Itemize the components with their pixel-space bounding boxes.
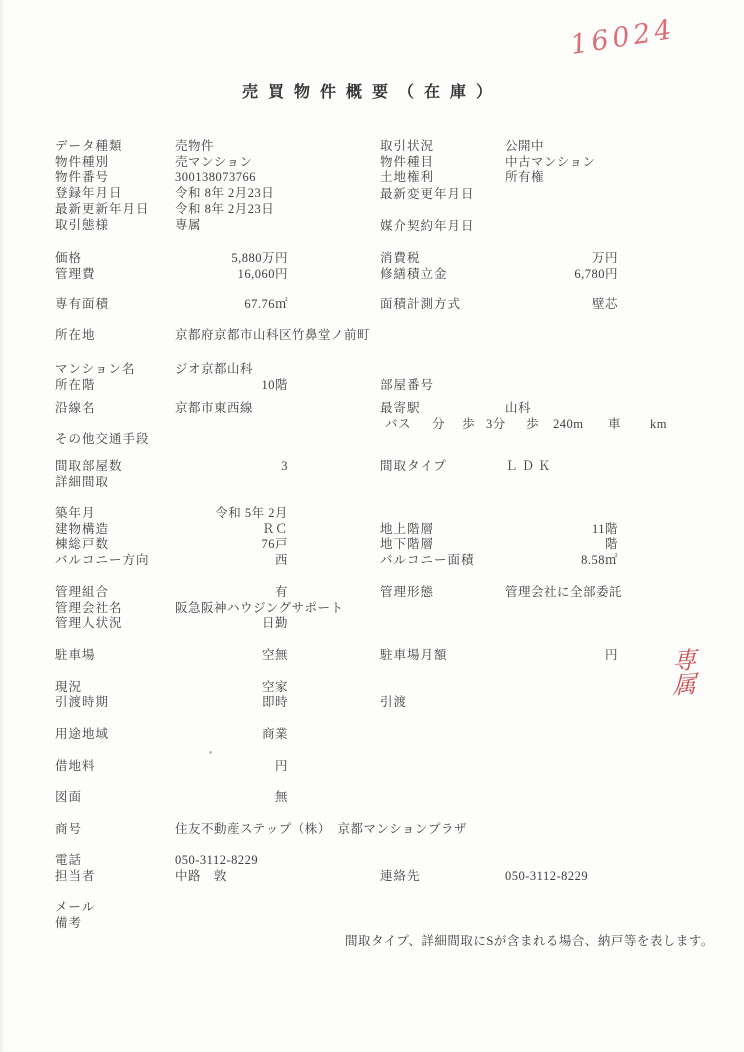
field-room-count-label: 間取部屋数 [55,460,123,473]
field-parking-monthly-label: 駐車場月額 [380,649,448,662]
field-exclusive-area-label: 専有面積 [55,298,109,311]
field-current-status-value: 空家 [173,681,288,694]
field-floors-below-label: 地下階層 [380,538,434,551]
field-room-number-label: 部屋番号 [380,379,434,392]
field-management-form-label: 管理形態 [380,586,434,599]
field-nearest-station-value: 山科 [505,402,531,415]
field-last-update-date-value: 令和 8年 2月23日 [175,203,274,216]
field-built-date-label: 築年月 [55,507,96,520]
field-property-type-value: 中古マンション [505,156,595,169]
field-transaction-status-label: 取引状況 [380,140,434,153]
field-layout-type-label: 間取タイプ [380,460,447,473]
field-data-type-label: データ種類 [55,140,123,153]
field-transaction-type-label: 取引態様 [55,219,109,232]
field-phone-label: 電話 [55,854,82,867]
field-balcony-direction-label: バルコニー方向 [55,554,150,567]
footer-note: 間取タイプ、詳細間取にSが含まれる場合、納戸等を表します。 [345,931,714,949]
field-floors-above-value: 11階 [500,523,618,536]
field-area-measurement-value: 壁芯 [500,298,618,311]
access-walk-distance-value: 240m [553,418,583,431]
field-balcony-direction-value: 西 [173,554,288,567]
field-company-name-value: 住友不動産ステップ（株） 京都マンションプラザ [175,823,467,836]
field-rail-line-label: 沿線名 [55,402,96,415]
access-car-label: 車 [608,418,621,431]
field-room-count-value: 3 [173,460,288,473]
handwritten-stamp-number: 16024 [568,14,677,61]
field-management-assoc-label: 管理組合 [55,586,109,599]
field-land-lease-fee-label: 借地料 [55,760,96,773]
access-car-km-unit: km [650,418,667,431]
field-transaction-type-value: 専属 [175,219,201,232]
field-consumption-tax-label: 消費税 [380,252,421,265]
field-registration-date-label: 登録年月日 [55,187,123,200]
field-balcony-area-value: 8.58㎡ [500,554,618,567]
access-walk-label: 歩 [462,418,475,431]
field-management-form-value: 管理会社に全部委託 [505,586,622,599]
field-repair-reserve-label: 修繕積立金 [380,268,448,281]
handwritten-exclusive-note: 専属 [663,647,698,698]
field-last-change-date-label: 最新変更年月日 [380,188,475,201]
access-bus-minutes-unit: 分 [432,418,445,431]
field-brokerage-contract-date-label: 媒介契約年月日 [380,220,475,233]
field-current-status-label: 現況 [55,681,82,694]
field-land-lease-fee-value: 円 [173,760,288,773]
field-property-number-label: 物件番号 [55,171,109,184]
field-structure-label: 建物構造 [55,523,109,536]
field-nearest-station-label: 最寄駅 [380,402,421,415]
scanned-document-page: 16024 売買物件概要（在庫） データ種類 売物件 物件種別 売マンション 物… [0,0,744,1052]
field-floors-below-value: 階 [500,538,618,551]
field-price-label: 価格 [55,252,82,265]
field-registration-date-value: 令和 8年 2月23日 [175,187,274,200]
field-management-fee-value: 16,060円 [173,268,288,281]
field-total-units-label: 棟総戸数 [55,538,109,551]
field-management-fee-label: 管理費 [55,268,96,281]
field-floor-located-label: 所在階 [55,379,96,392]
field-property-category-value: 売マンション [175,156,252,169]
field-repair-reserve-value: 6,780円 [500,268,618,281]
access-walk-minutes-value: 3分 [486,418,506,431]
field-drawing-label: 図面 [55,791,82,804]
field-contact-person-label: 担当者 [55,870,96,883]
field-property-category-label: 物件種別 [55,156,109,169]
field-zoning-label: 用途地域 [55,728,109,741]
access-walk-label-2: 歩 [526,418,539,431]
field-built-date-value: 令和 5年 2月 [173,507,288,520]
field-contact-number-label: 連絡先 [380,870,421,883]
field-zoning-value: 商業 [173,728,288,741]
field-parking-value: 空無 [173,649,288,662]
field-location-label: 所在地 [55,329,96,342]
field-remarks-label: 備考 [55,917,82,930]
field-total-units-value: 76戸 [173,538,288,551]
field-exclusive-area-value: 67.76㎡ [173,298,288,311]
field-building-name-label: マンション名 [55,363,135,376]
field-last-update-date-label: 最新更新年月日 [55,203,150,216]
field-transaction-status-value: 公開中 [505,140,544,153]
field-manager-status-value: 日勤 [173,617,288,630]
field-structure-value: ＲＣ [173,523,288,536]
field-property-type-label: 物件種目 [380,156,434,169]
field-location-value: 京都府京都市山科区竹鼻堂ノ前町 [175,329,370,342]
field-company-name-label: 商号 [55,823,82,836]
field-balcony-area-label: バルコニー面積 [380,554,475,567]
field-parking-label: 駐車場 [55,649,96,662]
field-manager-status-label: 管理人状況 [55,617,123,630]
field-building-name-value: ジオ京都山科 [175,363,253,376]
field-floors-above-label: 地上階層 [380,523,434,536]
field-handover-label: 引渡 [380,696,407,709]
field-layout-type-value: ＬＤＫ [505,460,555,473]
field-property-number-value: 300138073766 [175,171,256,184]
field-land-rights-value: 所有権 [505,171,544,184]
field-area-measurement-label: 面積計測方式 [380,298,461,311]
access-bus-label: バス [385,418,411,431]
field-handover-timing-value: 即時 [173,696,288,709]
field-price-value: 5,880万円 [173,252,288,265]
field-management-company-value: 阪急阪神ハウジングサポート [175,602,343,615]
field-floor-located-value: 10階 [173,379,288,392]
field-other-transport-label: その他交通手段 [55,433,150,446]
field-layout-detail-label: 詳細間取 [55,476,109,489]
field-contact-number-value: 050-3112-8229 [505,870,588,883]
field-consumption-tax-value: 万円 [500,252,618,265]
field-management-assoc-value: 有 [173,586,288,599]
field-land-rights-label: 土地権利 [380,171,434,184]
page-title: 売買物件概要（在庫） [0,79,744,102]
field-data-type-value: 売物件 [175,140,214,153]
field-email-label: メール [55,901,95,914]
field-parking-monthly-value: 円 [500,649,618,662]
scan-speck [209,751,212,754]
field-handover-timing-label: 引渡時期 [55,696,109,709]
field-management-company-label: 管理会社名 [55,602,123,615]
field-rail-line-value: 京都市東西線 [175,402,253,415]
field-phone-value: 050-3112-8229 [175,854,258,867]
field-contact-person-value: 中路 敦 [175,870,227,883]
field-drawing-value: 無 [173,791,288,804]
